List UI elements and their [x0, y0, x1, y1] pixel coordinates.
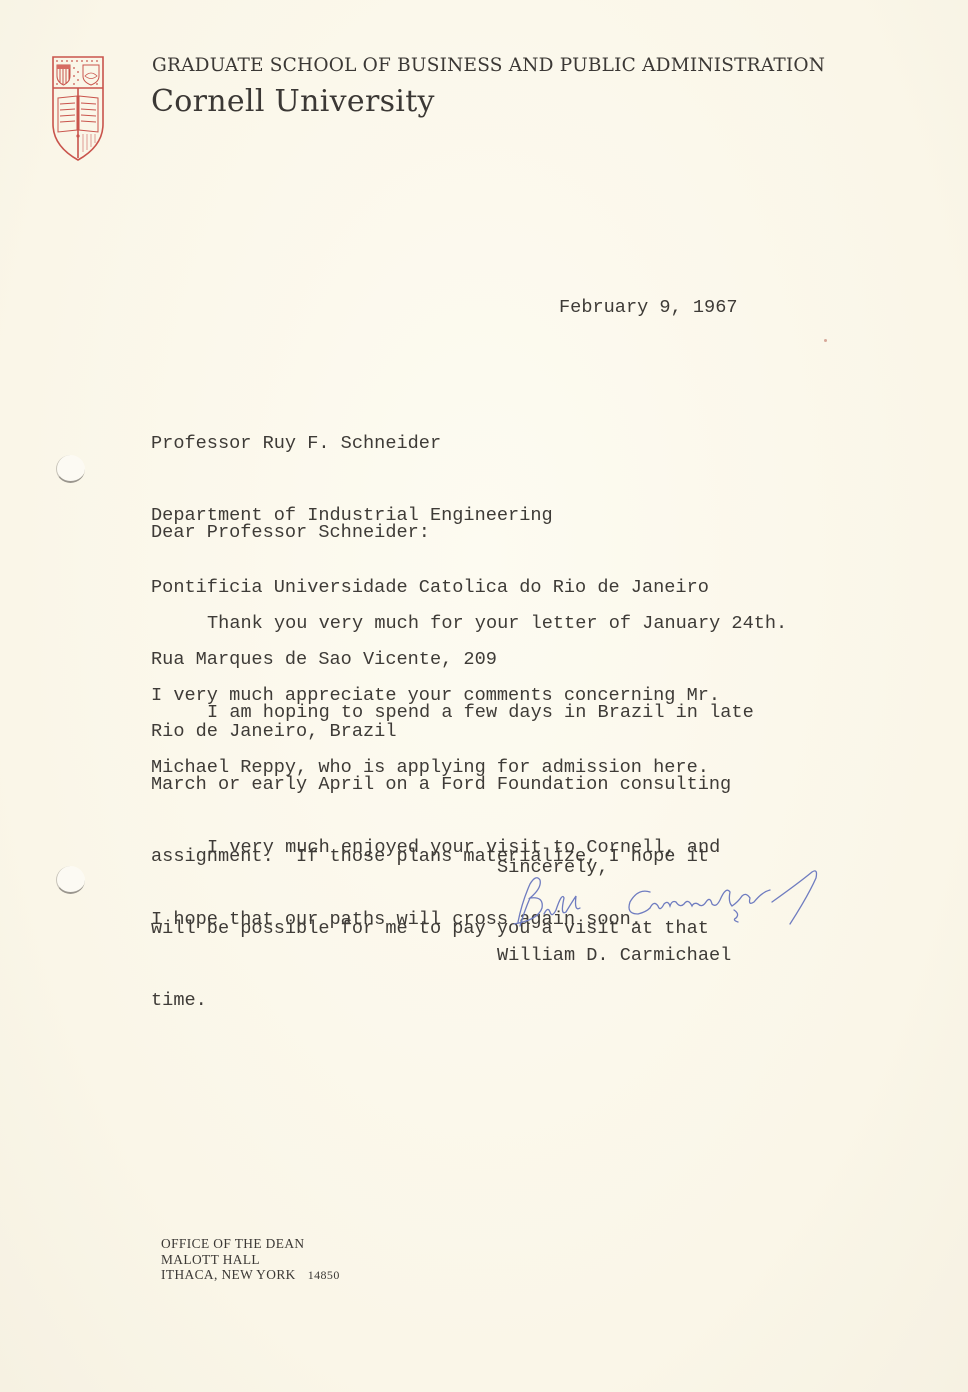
paragraph-line: I very much enjoyed your visit to Cornel… [151, 836, 720, 860]
punch-hole [56, 866, 85, 894]
cornell-shield-seal-icon [50, 54, 106, 164]
paragraph-line: I am hoping to spend a few days in Brazi… [151, 701, 754, 725]
paragraph-line: Thank you very much for your letter of J… [151, 612, 787, 636]
punch-hole [56, 455, 85, 483]
footer-zip: 14850 [308, 1268, 340, 1282]
footer-building: MALOTT HALL [161, 1252, 340, 1268]
salutation: Dear Professor Schneider: [151, 521, 430, 545]
letter-page: GRADUATE SCHOOL OF BUSINESS AND PUBLIC A… [0, 0, 968, 1392]
signer-name: William D. Carmichael [497, 944, 731, 968]
footer-office: OFFICE OF THE DEAN [161, 1236, 340, 1252]
handwritten-signature [500, 862, 830, 942]
paper-speck [824, 339, 827, 342]
school-name: GRADUATE SCHOOL OF BUSINESS AND PUBLIC A… [152, 55, 825, 76]
letter-date: February 9, 1967 [559, 296, 738, 320]
footer-city-line: ITHACA, NEW YORK14850 [161, 1267, 340, 1284]
recipient-name: Professor Ruy F. Schneider [151, 432, 709, 456]
paragraph-line: time. [151, 989, 754, 1013]
university-name: Cornell University [151, 84, 435, 119]
footer-city: ITHACA, NEW YORK [161, 1267, 296, 1282]
footer-address: OFFICE OF THE DEAN MALOTT HALL ITHACA, N… [161, 1236, 340, 1284]
